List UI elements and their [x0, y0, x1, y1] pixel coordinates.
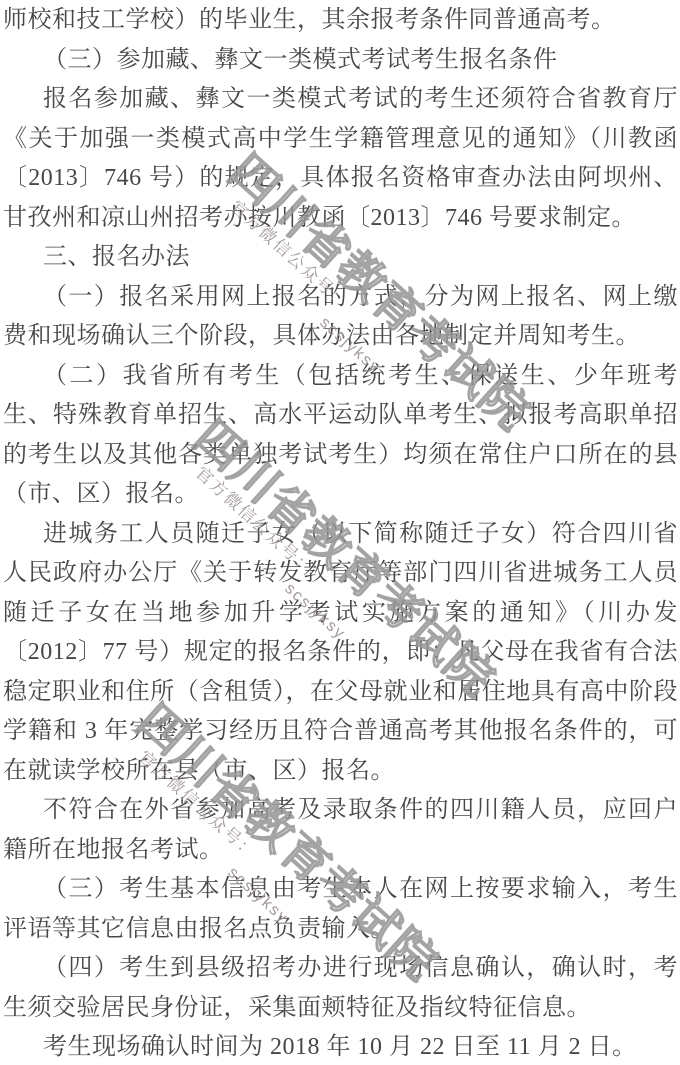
paragraph: 进城务工人员随迁子女（以下简称随迁子女）符合四川省人民政府办公厅《关于转发教育厅…: [3, 515, 678, 792]
paragraph: （三）考生基本信息由考生本人在网上按要求输入，考生评语等其它信息由报名点负责输入…: [3, 870, 678, 949]
paragraph: 考生现场确认时间为 2018 年 10 月 22 日至 11 月 2 日。: [3, 1028, 678, 1065]
paragraph: （一）报名采用网上报名的方式，分为网上报名、网上缴费和现场确认三个阶段，具体办法…: [3, 278, 678, 357]
document-page: 四川省教育考试院 官方微信公众号： scsjyksy 四川省教育考试院 官方微信…: [0, 0, 680, 1065]
paragraph: （四）考生到县级招考办进行现场信息确认，确认时，考生须交验居民身份证，采集面颊特…: [3, 949, 678, 1028]
paragraph: 不符合在外省参加高考及录取条件的四川籍人员，应回户籍所在地报名考试。: [3, 791, 678, 870]
paragraph: 报名参加藏、彝文一类模式考试的考生还须符合省教育厅《关于加强一类模式高中学生学籍…: [3, 80, 678, 238]
document-body: 师校和技工学校）的毕业生，其余报考条件同普通高考。（三）参加藏、彝文一类模式考试…: [0, 0, 680, 1065]
paragraph: 三、报名办法: [3, 238, 678, 278]
paragraph: （二）我省所有考生（包括统考生、保送生、少年班考生、特殊教育单招生、高水平运动队…: [3, 357, 678, 515]
paragraph: （三）参加藏、彝文一类模式考试考生报名条件: [3, 41, 678, 81]
paragraph: 师校和技工学校）的毕业生，其余报考条件同普通高考。: [3, 1, 678, 41]
